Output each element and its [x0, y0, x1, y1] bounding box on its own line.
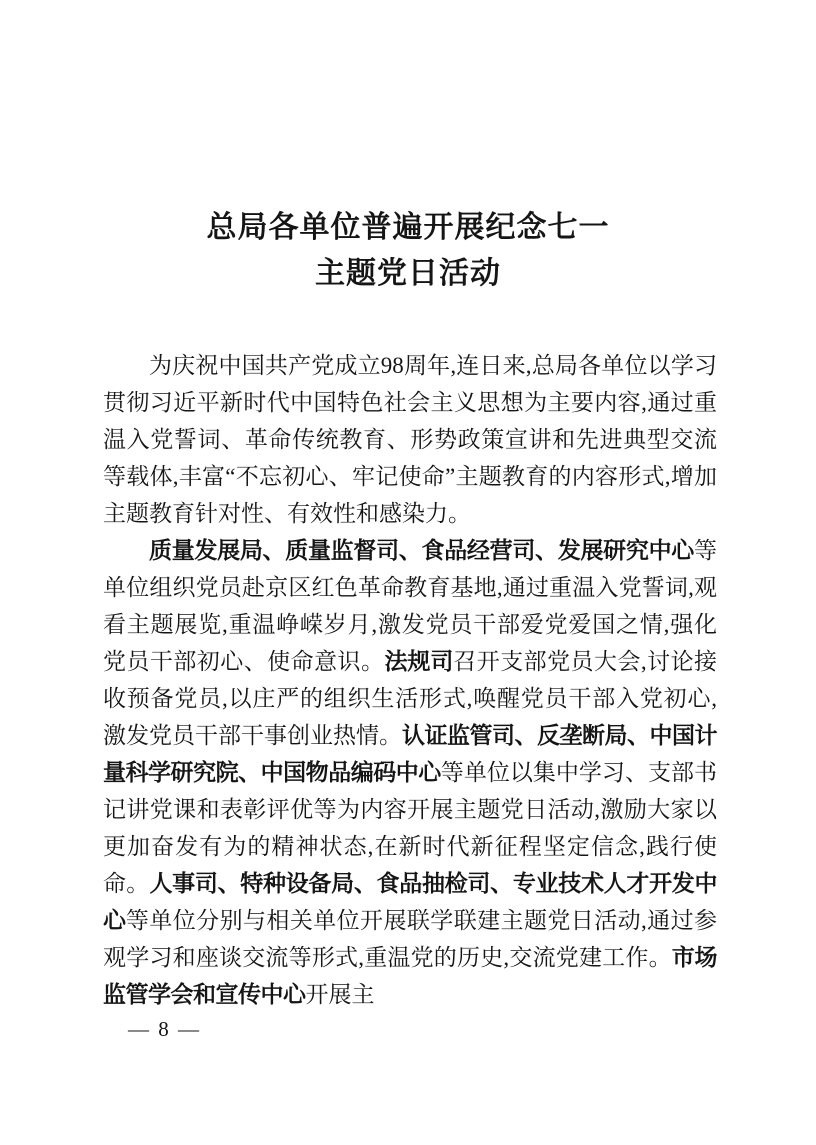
title-line-1: 总局各单位普遍开展纪念七一: [0, 205, 816, 251]
text-run: 为庆祝中国共产党成立98周年,连日来,总局各单位以学习贯彻习近平新时代中国特色社…: [103, 353, 717, 526]
title-line-2: 主题党日活动: [0, 251, 816, 297]
paragraph-1: 为庆祝中国共产党成立98周年,连日来,总局各单位以学习贯彻习近平新时代中国特色社…: [103, 347, 717, 532]
page-number: — 8 —: [128, 1015, 201, 1043]
document-title: 总局各单位普遍开展纪念七一 主题党日活动: [0, 205, 816, 297]
document-page: 总局各单位普遍开展纪念七一 主题党日活动 为庆祝中国共产党成立98周年,连日来,…: [0, 0, 816, 1145]
text-run-org-names: 质量发展局、质量监督司、食品经营司、发展研究中心: [149, 537, 694, 563]
document-body: 为庆祝中国共产党成立98周年,连日来,总局各单位以学习贯彻习近平新时代中国特色社…: [103, 347, 717, 1013]
text-run: 等单位分别与相关单位开展联学联建主题党日活动,通过参观学习和座谈交流等形式,重温…: [103, 908, 717, 970]
paragraph-2: 质量发展局、质量监督司、食品经营司、发展研究中心等单位组织党员赴京区红色革命教育…: [103, 532, 717, 1013]
text-run: 开展主: [306, 982, 375, 1007]
text-run-org-names: 法规司: [384, 648, 453, 674]
